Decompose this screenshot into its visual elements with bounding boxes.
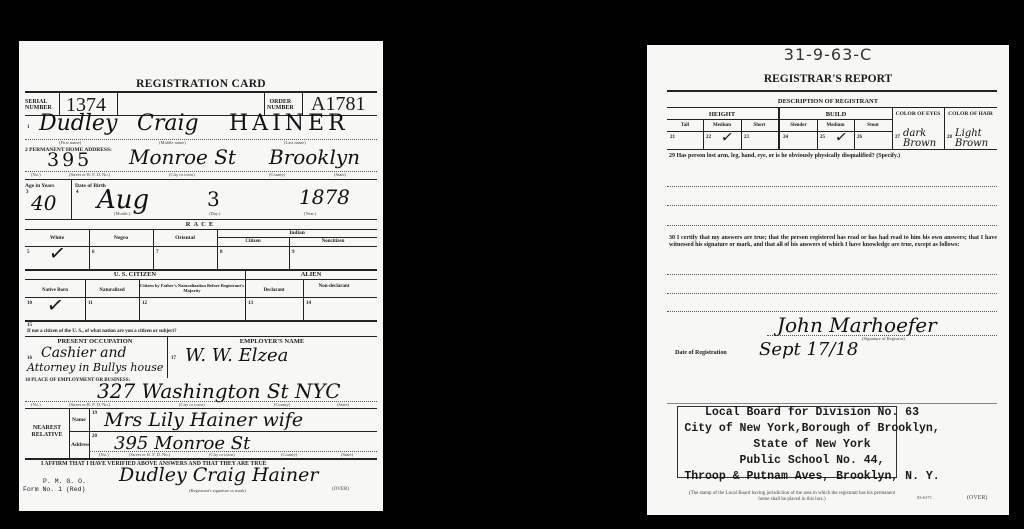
height-medium-checkmark: ✓ — [720, 127, 735, 147]
order-number-label: ORDERNUMBER — [267, 99, 294, 111]
hair-color: Light Brown — [955, 129, 1001, 149]
middle-name: Craig — [137, 111, 199, 136]
last-name: HAINER — [229, 111, 349, 136]
native-born-checkmark: ✓ — [45, 292, 65, 318]
eye-color: dark Brown — [903, 129, 947, 149]
card-title: REGISTRATION CARD — [19, 78, 383, 90]
dob-day: 3 — [207, 187, 220, 211]
registration-date: Sept 17/18 — [759, 339, 858, 360]
employer-name: W. W. Elzea — [185, 345, 288, 366]
employment-address: 327 Washington St NYC — [97, 379, 341, 403]
registration-card-front: REGISTRATION CARD SERIALNUMBER 1374 ORDE… — [19, 41, 383, 511]
age: 40 — [31, 191, 56, 215]
description-header: DESCRIPTION OF REGISTRANT — [647, 98, 1009, 105]
report-title: REGISTRAR'S REPORT — [647, 73, 1009, 85]
registrant-signature: Dudley Craig Hainer — [119, 464, 319, 486]
form-number: Form No. 1 (Red) — [23, 486, 85, 493]
dob-year: 1878 — [299, 185, 350, 209]
occupation-line-2: Attorney in Bullys house — [27, 361, 163, 374]
registrars-report-back: 31-9-63-C REGISTRAR'S REPORT DESCRIPTION… — [647, 45, 1009, 515]
home-address-number: 395 — [47, 149, 92, 171]
first-name: Dudley — [39, 111, 117, 136]
race-white-checkmark: ✓ — [47, 240, 67, 266]
relative-name: Mrs Lily Hainer wife — [104, 409, 303, 431]
question-29: 29 Has person lost arm, leg, hand, eye, … — [669, 153, 997, 160]
stamp-number: 31-9-63-C — [647, 45, 1009, 64]
serial-number-label: SERIALNUMBER — [25, 99, 52, 111]
question-30: 30 I certify that my answers are true; t… — [669, 235, 997, 249]
home-address-street: Monroe St — [129, 145, 236, 169]
occupation-line-1: Cashier and — [41, 345, 127, 361]
registrar-signature: John Marhoefer — [777, 313, 937, 337]
local-board-stamp: Local Board for Division No. 63 City of … — [647, 405, 977, 485]
stamp-note: (The stamp of the Local Board having jur… — [687, 491, 897, 503]
home-address-city: Brooklyn — [269, 145, 360, 169]
race-header: RACE — [19, 221, 383, 228]
build-medium-checkmark: ✓ — [834, 127, 849, 147]
